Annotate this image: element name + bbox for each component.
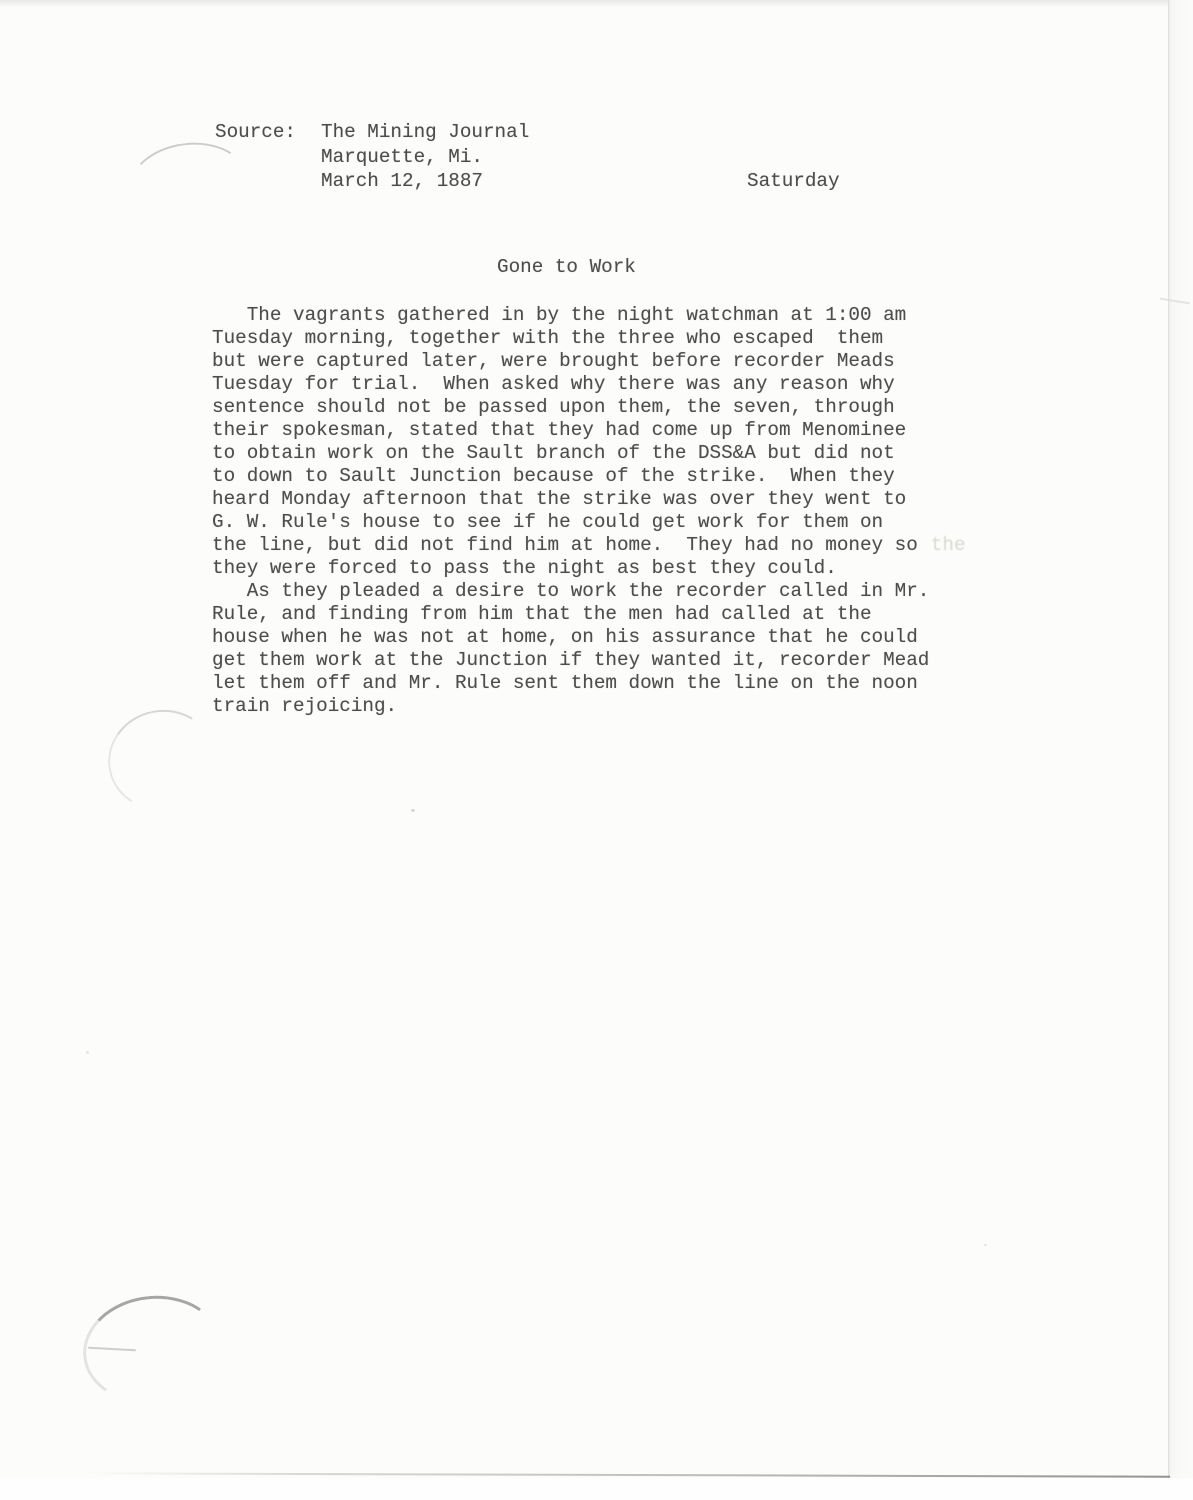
source-location: Marquette, Mi. bbox=[321, 145, 529, 170]
weekday-label: Saturday bbox=[747, 169, 840, 194]
paper-right-edge bbox=[1168, 0, 1193, 1500]
text-line: house when he was not at home, on his as… bbox=[212, 626, 966, 649]
text-line: they were forced to pass the night as be… bbox=[212, 557, 966, 580]
text-line: sentence should not be passed upon them,… bbox=[212, 396, 966, 419]
text-line: The vagrants gathered in by the night wa… bbox=[212, 304, 966, 327]
paper-speck bbox=[984, 1244, 987, 1246]
source-details: The Mining Journal Marquette, Mi. March … bbox=[321, 120, 529, 194]
text-line: Tuesday for trial. When asked why there … bbox=[212, 373, 966, 396]
text-line: get them work at the Junction if they wa… bbox=[212, 649, 966, 672]
text-line: Tuesday morning, together with the three… bbox=[212, 327, 966, 350]
text-line: to down to Sault Junction because of the… bbox=[212, 465, 966, 488]
faded-erased-word: the bbox=[931, 534, 966, 556]
text-line: let them off and Mr. Rule sent them down… bbox=[212, 672, 966, 695]
source-block: Source: The Mining Journal Marquette, Mi… bbox=[215, 120, 529, 194]
text-line: but were captured later, were brought be… bbox=[212, 350, 966, 373]
source-date: March 12, 1887 bbox=[321, 169, 529, 194]
text-line-part: the line, but did not find him at home. … bbox=[212, 534, 918, 556]
text-line: G. W. Rule's house to see if he could ge… bbox=[212, 511, 966, 534]
text-line: train rejoicing. bbox=[212, 695, 966, 718]
source-label: Source: bbox=[215, 120, 321, 194]
text-line: to obtain work on the Sault branch of th… bbox=[212, 442, 966, 465]
punch-hole-mark-bottom bbox=[78, 1289, 229, 1411]
punch-hole-mark-middle bbox=[99, 700, 225, 820]
text-line: their spokesman, stated that they had co… bbox=[212, 419, 966, 442]
scanned-document-page: Source: The Mining Journal Marquette, Mi… bbox=[0, 0, 1193, 1500]
scan-top-edge bbox=[0, 0, 1193, 8]
paper-speck bbox=[411, 809, 415, 812]
article-body: The vagrants gathered in by the night wa… bbox=[212, 304, 966, 718]
text-line: the line, but did not find him at home. … bbox=[212, 534, 966, 557]
scan-background-below-page bbox=[0, 1478, 1193, 1500]
article-title: Gone to Work bbox=[497, 255, 636, 279]
text-line: As they pleaded a desire to work the rec… bbox=[212, 580, 966, 603]
text-line: Rule, and finding from him that the men … bbox=[212, 603, 966, 626]
paper-speck bbox=[86, 1051, 89, 1054]
source-publication: The Mining Journal bbox=[321, 120, 529, 145]
text-line: heard Monday afternoon that the strike w… bbox=[212, 488, 966, 511]
paper-bottom-edge bbox=[82, 1472, 1170, 1477]
